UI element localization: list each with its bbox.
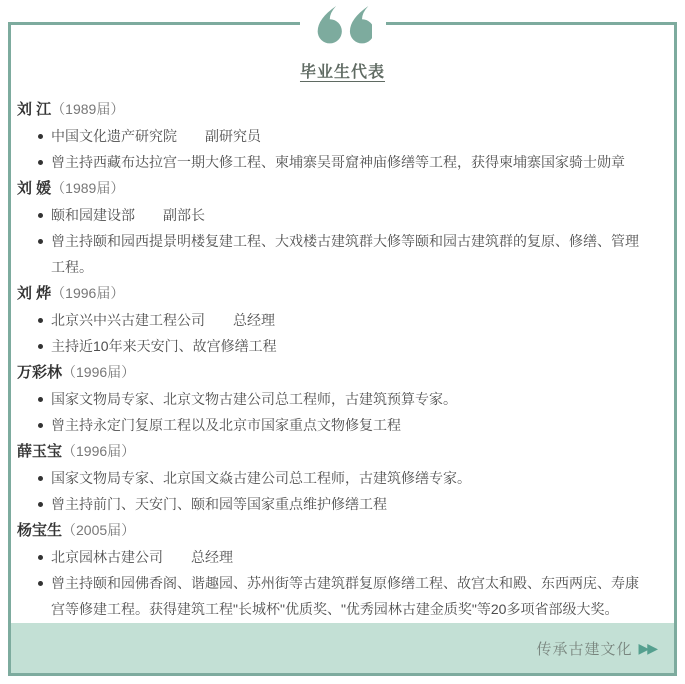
detail-text: 国家文物局专家、北京文物古建公司总工程师，古建筑预算专家。 xyxy=(51,391,457,407)
person-year: （1996届） xyxy=(62,443,135,459)
quote-badge xyxy=(300,6,386,44)
detail-text: 主持近10年来天安门、故宫修缮工程 xyxy=(51,338,277,354)
graduate-entry: 薛玉宝（1996届） 国家文物局专家、北京国文焱古建公司总工程师，古建筑修缮专家… xyxy=(17,438,650,517)
name-text: 万彩林 xyxy=(17,364,62,381)
page-title: 毕业生代表 xyxy=(11,59,674,82)
bullet-dot-icon xyxy=(38,160,43,165)
bullet-dot-icon xyxy=(38,213,43,218)
bullet-dot-icon xyxy=(38,502,43,507)
name-text: 薛玉宝 xyxy=(17,443,62,460)
detail-item: 曾主持颐和园佛香阁、谐趣园、苏州街等古建筑群复原修缮工程、故宫太和殿、东西两庑、… xyxy=(17,570,650,622)
bullet-dot-icon xyxy=(38,239,43,244)
person-year: （1989届） xyxy=(51,180,124,196)
bullet-dot-icon xyxy=(38,397,43,402)
detail-item: 中国文化遗产研究院 副研究员 xyxy=(17,123,650,149)
detail-text: 曾主持西藏布达拉宫一期大修工程、柬埔寨吴哥窟神庙修缮等工程，获得柬埔寨国家骑士勋… xyxy=(51,154,625,170)
footer-banner[interactable]: 传承古建文化 ▶▶ xyxy=(11,623,674,673)
person-details: 国家文物局专家、北京国文焱古建公司总工程师，古建筑修缮专家。 曾主持前门、天安门… xyxy=(17,465,650,517)
person-name: 万彩林（1996届） xyxy=(17,359,650,386)
double-arrow-icon: ▶▶ xyxy=(638,640,656,657)
bullet-dot-icon xyxy=(38,476,43,481)
person-details: 颐和园建设部 副部长 曾主持颐和园西提景明楼复建工程、大戏楼古建筑群大修等颐和园… xyxy=(17,202,650,280)
detail-item: 曾主持永定门复原工程以及北京市国家重点文物修复工程 xyxy=(17,412,650,438)
person-details: 北京兴中兴古建工程公司 总经理 主持近10年来天安门、故宫修缮工程 xyxy=(17,307,650,359)
graduate-entry: 刘 媛（1989届） 颐和园建设部 副部长 曾主持颐和园西提景明楼复建工程、大戏… xyxy=(17,175,650,280)
graduate-entry: 杨宝生（2005届） 北京园林古建公司 总经理 曾主持颐和园佛香阁、谐趣园、苏州… xyxy=(17,517,650,622)
bullet-dot-icon xyxy=(38,555,43,560)
bullet-dot-icon xyxy=(38,318,43,323)
bullet-dot-icon xyxy=(38,134,43,139)
bullet-dot-icon xyxy=(38,344,43,349)
detail-item: 曾主持西藏布达拉宫一期大修工程、柬埔寨吴哥窟神庙修缮等工程，获得柬埔寨国家骑士勋… xyxy=(17,149,650,175)
graduate-entry: 刘 烨（1996届） 北京兴中兴古建工程公司 总经理 主持近10年来天安门、故宫… xyxy=(17,280,650,359)
detail-text: 北京兴中兴古建工程公司 总经理 xyxy=(51,312,275,328)
bullet-dot-icon xyxy=(38,581,43,586)
detail-item: 曾主持前门、天安门、颐和园等国家重点维护修缮工程 xyxy=(17,491,650,517)
person-name: 杨宝生（2005届） xyxy=(17,517,650,544)
footer-label: 传承古建文化 xyxy=(536,638,632,659)
graduate-entry: 刘 江（1989届） 中国文化遗产研究院 副研究员 曾主持西藏布达拉宫一期大修工… xyxy=(17,96,650,175)
person-details: 国家文物局专家、北京文物古建公司总工程师，古建筑预算专家。 曾主持永定门复原工程… xyxy=(17,386,650,438)
person-name: 刘 烨（1996届） xyxy=(17,280,650,307)
name-text: 杨宝生 xyxy=(17,522,62,539)
graduate-list: 刘 江（1989届） 中国文化遗产研究院 副研究员 曾主持西藏布达拉宫一期大修工… xyxy=(11,82,674,622)
graduate-entry: 万彩林（1996届） 国家文物局专家、北京文物古建公司总工程师，古建筑预算专家。… xyxy=(17,359,650,438)
detail-text: 国家文物局专家、北京国文焱古建公司总工程师，古建筑修缮专家。 xyxy=(51,470,471,486)
double-quote-icon xyxy=(314,6,372,44)
person-details: 中国文化遗产研究院 副研究员 曾主持西藏布达拉宫一期大修工程、柬埔寨吴哥窟神庙修… xyxy=(17,123,650,175)
name-text: 刘 烨 xyxy=(17,285,51,302)
detail-text: 曾主持颐和园西提景明楼复建工程、大戏楼古建筑群大修等颐和园古建筑群的复原、修缮、… xyxy=(51,233,639,275)
detail-item: 曾主持颐和园西提景明楼复建工程、大戏楼古建筑群大修等颐和园古建筑群的复原、修缮、… xyxy=(17,228,650,280)
name-text: 刘 媛 xyxy=(17,180,51,197)
detail-item: 北京兴中兴古建工程公司 总经理 xyxy=(17,307,650,333)
detail-item: 北京园林古建公司 总经理 xyxy=(17,544,650,570)
person-name: 刘 媛（1989届） xyxy=(17,175,650,202)
bullet-dot-icon xyxy=(38,423,43,428)
content-frame: 毕业生代表 刘 江（1989届） 中国文化遗产研究院 副研究员 曾主持西藏布达拉… xyxy=(8,22,677,676)
person-name: 薛玉宝（1996届） xyxy=(17,438,650,465)
detail-item: 主持近10年来天安门、故宫修缮工程 xyxy=(17,333,650,359)
detail-text: 颐和园建设部 副部长 xyxy=(51,207,205,223)
detail-text: 曾主持前门、天安门、颐和园等国家重点维护修缮工程 xyxy=(51,496,387,512)
person-year: （1996届） xyxy=(51,285,124,301)
detail-item: 颐和园建设部 副部长 xyxy=(17,202,650,228)
person-name: 刘 江（1989届） xyxy=(17,96,650,123)
detail-item: 国家文物局专家、北京国文焱古建公司总工程师，古建筑修缮专家。 xyxy=(17,465,650,491)
person-year: （1996届） xyxy=(62,364,135,380)
detail-item: 国家文物局专家、北京文物古建公司总工程师，古建筑预算专家。 xyxy=(17,386,650,412)
detail-text: 北京园林古建公司 总经理 xyxy=(51,549,233,565)
name-text: 刘 江 xyxy=(17,101,51,118)
person-year: （1989届） xyxy=(51,101,124,117)
detail-text: 中国文化遗产研究院 副研究员 xyxy=(51,128,261,144)
person-year: （2005届） xyxy=(62,522,135,538)
person-details: 北京园林古建公司 总经理 曾主持颐和园佛香阁、谐趣园、苏州街等古建筑群复原修缮工… xyxy=(17,544,650,622)
detail-text: 曾主持颐和园佛香阁、谐趣园、苏州街等古建筑群复原修缮工程、故宫太和殿、东西两庑、… xyxy=(51,575,639,617)
detail-text: 曾主持永定门复原工程以及北京市国家重点文物修复工程 xyxy=(51,417,401,433)
page: 毕业生代表 刘 江（1989届） 中国文化遗产研究院 副研究员 曾主持西藏布达拉… xyxy=(0,0,685,684)
